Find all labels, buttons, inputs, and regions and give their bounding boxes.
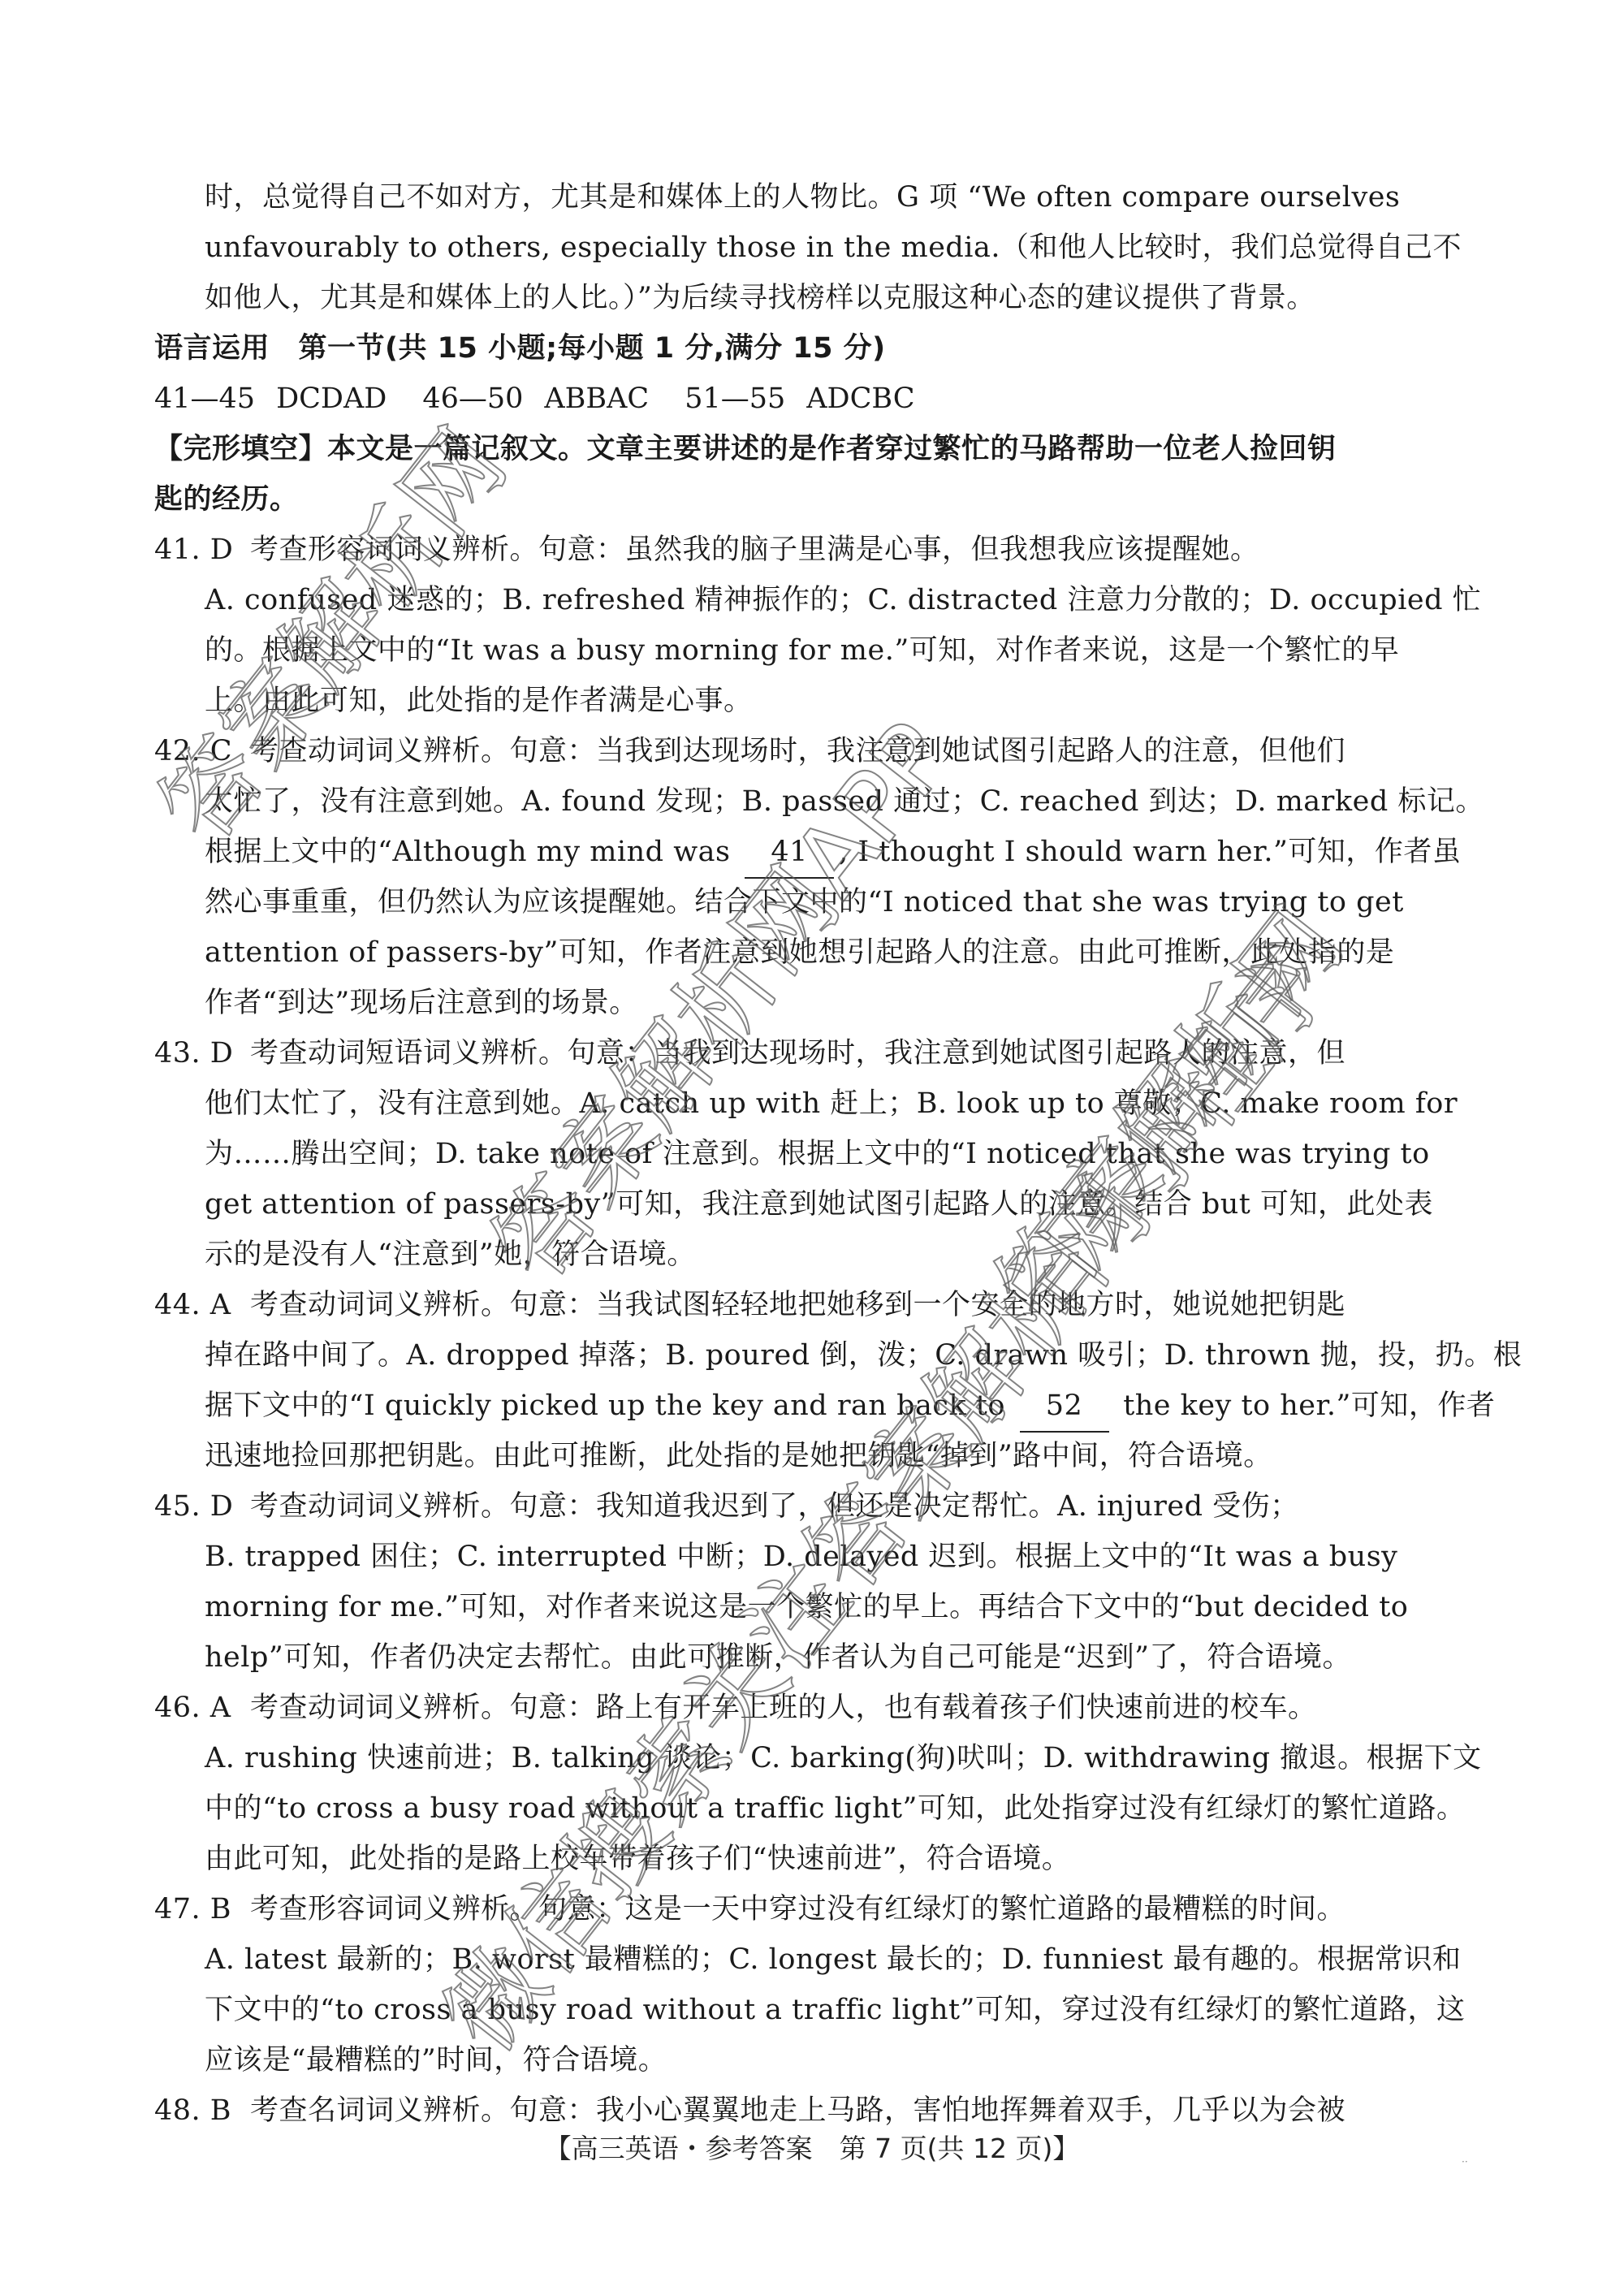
answer-group: 46—50ABBAC	[422, 382, 649, 415]
explanation-line: 为……腾出空间；D. take note of 注意到。根据上文中的“I not…	[154, 1129, 1551, 1179]
section-heading: 语言运用 第一节(共 15 小题;每小题 1 分,满分 15 分)	[154, 323, 1551, 374]
answer-group: 51—55ADCBC	[685, 382, 914, 415]
question-number: 47. B	[154, 1884, 250, 1934]
question-number: 46. A	[154, 1683, 250, 1733]
explanation-line: 42. C考查动词词义辨析。句意：当我到达现场时，我注意到她试图引起路人的注意，…	[154, 726, 1551, 776]
explanation-line: 47. B考查形容词词义辨析。句意：这是一天中穿过没有红绿灯的繁忙道路的最糟糕的…	[154, 1884, 1551, 1934]
explanation-item: 41. D考查形容词词义辨析。句意：虽然我的脑子里满是心事，但我想我应该提醒她。…	[154, 525, 1551, 726]
question-number: 42. C	[154, 726, 250, 776]
blank-number: 41	[745, 827, 834, 879]
explanation-line: get attention of passers-by”可知，我注意到她试图引起…	[154, 1179, 1551, 1230]
explanation-line: morning for me.”可知，对作者来说这是一个繁忙的早上。再结合下文中…	[154, 1582, 1551, 1632]
cloze-summary: 【完形填空】本文是一篇记叙文。文章主要讲述的是作者穿过繁忙的马路帮助一位老人捡回…	[154, 424, 1551, 525]
answer-group: 41—45DCDAD	[154, 382, 387, 415]
question-number: 44. A	[154, 1280, 250, 1330]
intro-paragraph: 时，总觉得自己不如对方，尤其是和媒体上的人物比。G 项 “We often co…	[154, 172, 1551, 323]
explanation-item: 46. A考查动词词义辨析。句意：路上有开车上班的人，也有载着孩子们快速前进的校…	[154, 1683, 1551, 1884]
explanation-line: 43. D考查动词短语词义辨析。句意：当我到达现场时，我注意到她试图引起路人的注…	[154, 1028, 1551, 1078]
explanation-item: 44. A考查动词词义辨析。句意：当我试图轻轻地把她移到一个安全的地方时，她说她…	[154, 1280, 1551, 1481]
explanation-line: A. confused 迷惑的；B. refreshed 精神振作的；C. di…	[154, 575, 1551, 625]
explanation-line: 然心事重重，但仍然认为应该提醒她。结合下文中的“I noticed that s…	[154, 877, 1551, 927]
summary-line: 匙的经历。	[154, 474, 1551, 525]
explanation-line: 45. D考查动词词义辨析。句意：我知道我迟到了，但还是决定帮忙。A. inju…	[154, 1481, 1551, 1532]
question-number: 41. D	[154, 525, 250, 575]
summary-line: 【完形填空】本文是一篇记叙文。文章主要讲述的是作者穿过繁忙的马路帮助一位老人捡回…	[154, 424, 1551, 474]
answer-letters: ABBAC	[544, 382, 649, 415]
question-number: 43. D	[154, 1028, 250, 1078]
explanation-line: A. rushing 快速前进；B. talking 谈论；C. barking…	[154, 1733, 1551, 1783]
explanation-line: 掉在路中间了。A. dropped 掉落；B. poured 倒，泼；C. dr…	[154, 1330, 1551, 1381]
explanation-line: 他们太忙了，没有注意到她。A. catch up with 赶上；B. look…	[154, 1078, 1551, 1129]
explanation-line: 作者“到达”现场后注意到的场景。	[154, 978, 1551, 1028]
explanation-item: 45. D考查动词词义辨析。句意：我知道我迟到了，但还是决定帮忙。A. inju…	[154, 1481, 1551, 1683]
answer-range: 51—55	[685, 382, 785, 415]
explanation-line: 上。由此可知，此处指的是作者满是心事。	[154, 676, 1551, 726]
explanation-line: 下文中的“to cross a busy road without a traf…	[154, 1985, 1551, 2035]
explanation-item: 42. C考查动词词义辨析。句意：当我到达现场时，我注意到她试图引起路人的注意，…	[154, 726, 1551, 1028]
explanation-line: 44. A考查动词词义辨析。句意：当我试图轻轻地把她移到一个安全的地方时，她说她…	[154, 1280, 1551, 1330]
explanation-line: 据下文中的“I quickly picked up the key and ra…	[154, 1381, 1551, 1431]
blank-number: 52	[1020, 1381, 1109, 1433]
answer-key-page: 时，总觉得自己不如对方，尤其是和媒体上的人物比。G 项 “We often co…	[0, 0, 1624, 2282]
intro-line: 时，总觉得自己不如对方，尤其是和媒体上的人物比。G 项 “We often co…	[154, 172, 1551, 223]
explanation-line: A. latest 最新的；B. worst 最糟糕的；C. longest 最…	[154, 1934, 1551, 1985]
explanation-line: 由此可知，此处指的是路上校车带着孩子们“快速前进”，符合语境。	[154, 1834, 1551, 1884]
explanation-line: 示的是没有人“注意到”她，符合语境。	[154, 1230, 1551, 1280]
explanation-line: attention of passers-by”可知，作者注意到她想引起路人的注…	[154, 927, 1551, 978]
explanation-line: 中的“to cross a busy road without a traffi…	[154, 1783, 1551, 1834]
explanation-line: 根据上文中的“Although my mind was 41, I though…	[154, 827, 1551, 877]
explanation-line: 的。根据上文中的“It was a busy morning for me.”可…	[154, 625, 1551, 676]
explanation-line: 太忙了，没有注意到她。A. found 发现；B. passed 通过；C. r…	[154, 776, 1551, 827]
explanation-item: 47. B考查形容词词义辨析。句意：这是一天中穿过没有红绿灯的繁忙道路的最糟糕的…	[154, 1884, 1551, 2085]
explanation-line: B. trapped 困住；C. interrupted 中断；D. delay…	[154, 1532, 1551, 1582]
page-content: 时，总觉得自己不如对方，尤其是和媒体上的人物比。G 项 “We often co…	[154, 172, 1551, 2136]
answer-letters: ADCBC	[806, 382, 914, 415]
explanation-line: help”可知，作者仍决定去帮忙。由此可推断，作者认为自己可能是“迟到”了，符合…	[154, 1632, 1551, 1683]
question-number: 45. D	[154, 1481, 250, 1532]
footer-mark: ··	[1462, 2156, 1468, 2167]
explanation-line: 迅速地捡回那把钥匙。由此可推断，此处指的是她把钥匙“掉到”路中间，符合语境。	[154, 1431, 1551, 1481]
explanation-list: 41. D考查形容词词义辨析。句意：虽然我的脑子里满是心事，但我想我应该提醒她。…	[154, 525, 1551, 2136]
answer-range: 46—50	[422, 382, 523, 415]
explanation-line: 41. D考查形容词词义辨析。句意：虽然我的脑子里满是心事，但我想我应该提醒她。	[154, 525, 1551, 575]
answer-letters: DCDAD	[276, 382, 387, 415]
intro-line: 如他人，尤其是和媒体上的人比。）”为后续寻找榜样以克服这种心态的建议提供了背景。	[154, 273, 1551, 323]
explanation-item: 43. D考查动词短语词义辨析。句意：当我到达现场时，我注意到她试图引起路人的注…	[154, 1028, 1551, 1280]
answer-range: 41—45	[154, 382, 255, 415]
answer-key-row: 41—45DCDAD46—50ABBAC51—55ADCBC	[154, 374, 1551, 424]
explanation-line: 应该是“最糟糕的”时间，符合语境。	[154, 2035, 1551, 2085]
intro-line: unfavourably to others, especially those…	[154, 223, 1551, 273]
page-footer: 【高三英语・参考答案 第 7 页(共 12 页)】	[0, 2128, 1624, 2166]
explanation-line: 46. A考查动词词义辨析。句意：路上有开车上班的人，也有载着孩子们快速前进的校…	[154, 1683, 1551, 1733]
